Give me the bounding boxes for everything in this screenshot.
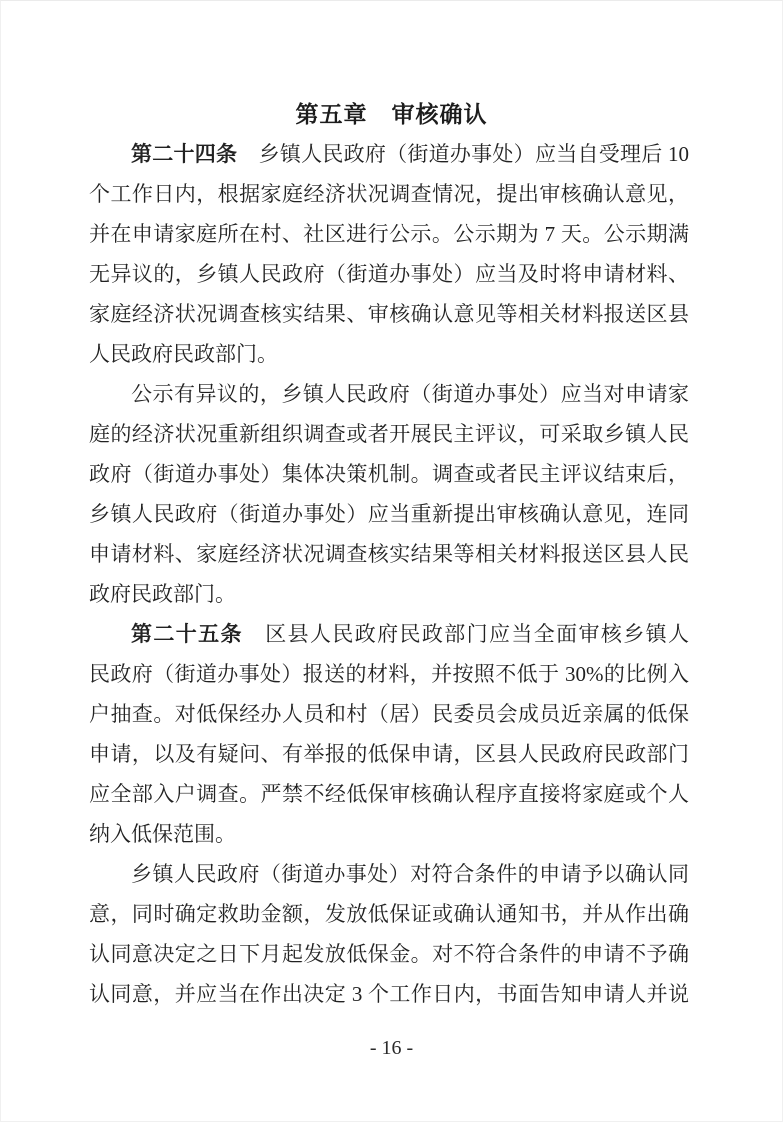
text-line: 户抽查。对低保经办人员和村（居）民委员会成员近亲属的低保 <box>89 694 689 734</box>
chapter-title: 第五章 审核确认 <box>1 94 782 134</box>
text-line: 公示有异议的，乡镇人民政府（街道办事处）应当对申请家 <box>89 374 689 414</box>
text-line: 庭的经济状况重新组织调查或者开展民主评议，可采取乡镇人民 <box>89 414 689 454</box>
text-line: 第二十五条 区县人民政府民政部门应当全面审核乡镇人 <box>89 614 689 654</box>
text-line: 政府（街道办事处）集体决策机制。调查或者民主评议结束后， <box>89 454 689 494</box>
text-line: 申请材料、家庭经济状况调查核实结果等相关材料报送区县人民 <box>89 534 689 574</box>
text-line: 乡镇人民政府（街道办事处）应当重新提出审核确认意见，连同 <box>89 494 689 534</box>
text-line: 认同意，并应当在作出决定 3 个工作日内，书面告知申请人并说 <box>89 974 689 1014</box>
document-body: 第二十四条 乡镇人民政府（街道办事处）应当自受理后 10 个工作日内，根据家庭经… <box>89 134 689 1014</box>
page-number: - 16 - <box>1 1034 782 1062</box>
text-line: 第二十四条 乡镇人民政府（街道办事处）应当自受理后 10 <box>89 134 689 174</box>
text-line: 家庭经济状况调查核实结果、审核确认意见等相关材料报送区县 <box>89 294 689 334</box>
text-line: 人民政府民政部门。 <box>89 334 689 374</box>
text-line: 意，同时确定救助金额，发放低保证或确认通知书，并从作出确 <box>89 894 689 934</box>
text-line: 并在申请家庭所在村、社区进行公示。公示期为 7 天。公示期满 <box>89 214 689 254</box>
text-line: 民政府（街道办事处）报送的材料，并按照不低于 30%的比例入 <box>89 654 689 694</box>
text-line: 应全部入户调查。严禁不经低保审核确认程序直接将家庭或个人 <box>89 774 689 814</box>
text-line: 乡镇人民政府（街道办事处）对符合条件的申请予以确认同 <box>89 854 689 894</box>
text-line: 个工作日内，根据家庭经济状况调查情况，提出审核确认意见， <box>89 174 689 214</box>
article-number: 第二十五条 <box>131 622 243 646</box>
article-number: 第二十四条 <box>131 142 237 166</box>
text-line: 政府民政部门。 <box>89 574 689 614</box>
text-line: 认同意决定之日下月起发放低保金。对不符合条件的申请不予确 <box>89 934 689 974</box>
document-page: 第五章 审核确认 第二十四条 乡镇人民政府（街道办事处）应当自受理后 10 个工… <box>0 0 783 1122</box>
text-line: 申请，以及有疑问、有举报的低保申请，区县人民政府民政部门 <box>89 734 689 774</box>
text-line: 无异议的，乡镇人民政府（街道办事处）应当及时将申请材料、 <box>89 254 689 294</box>
text-line: 纳入低保范围。 <box>89 814 689 854</box>
